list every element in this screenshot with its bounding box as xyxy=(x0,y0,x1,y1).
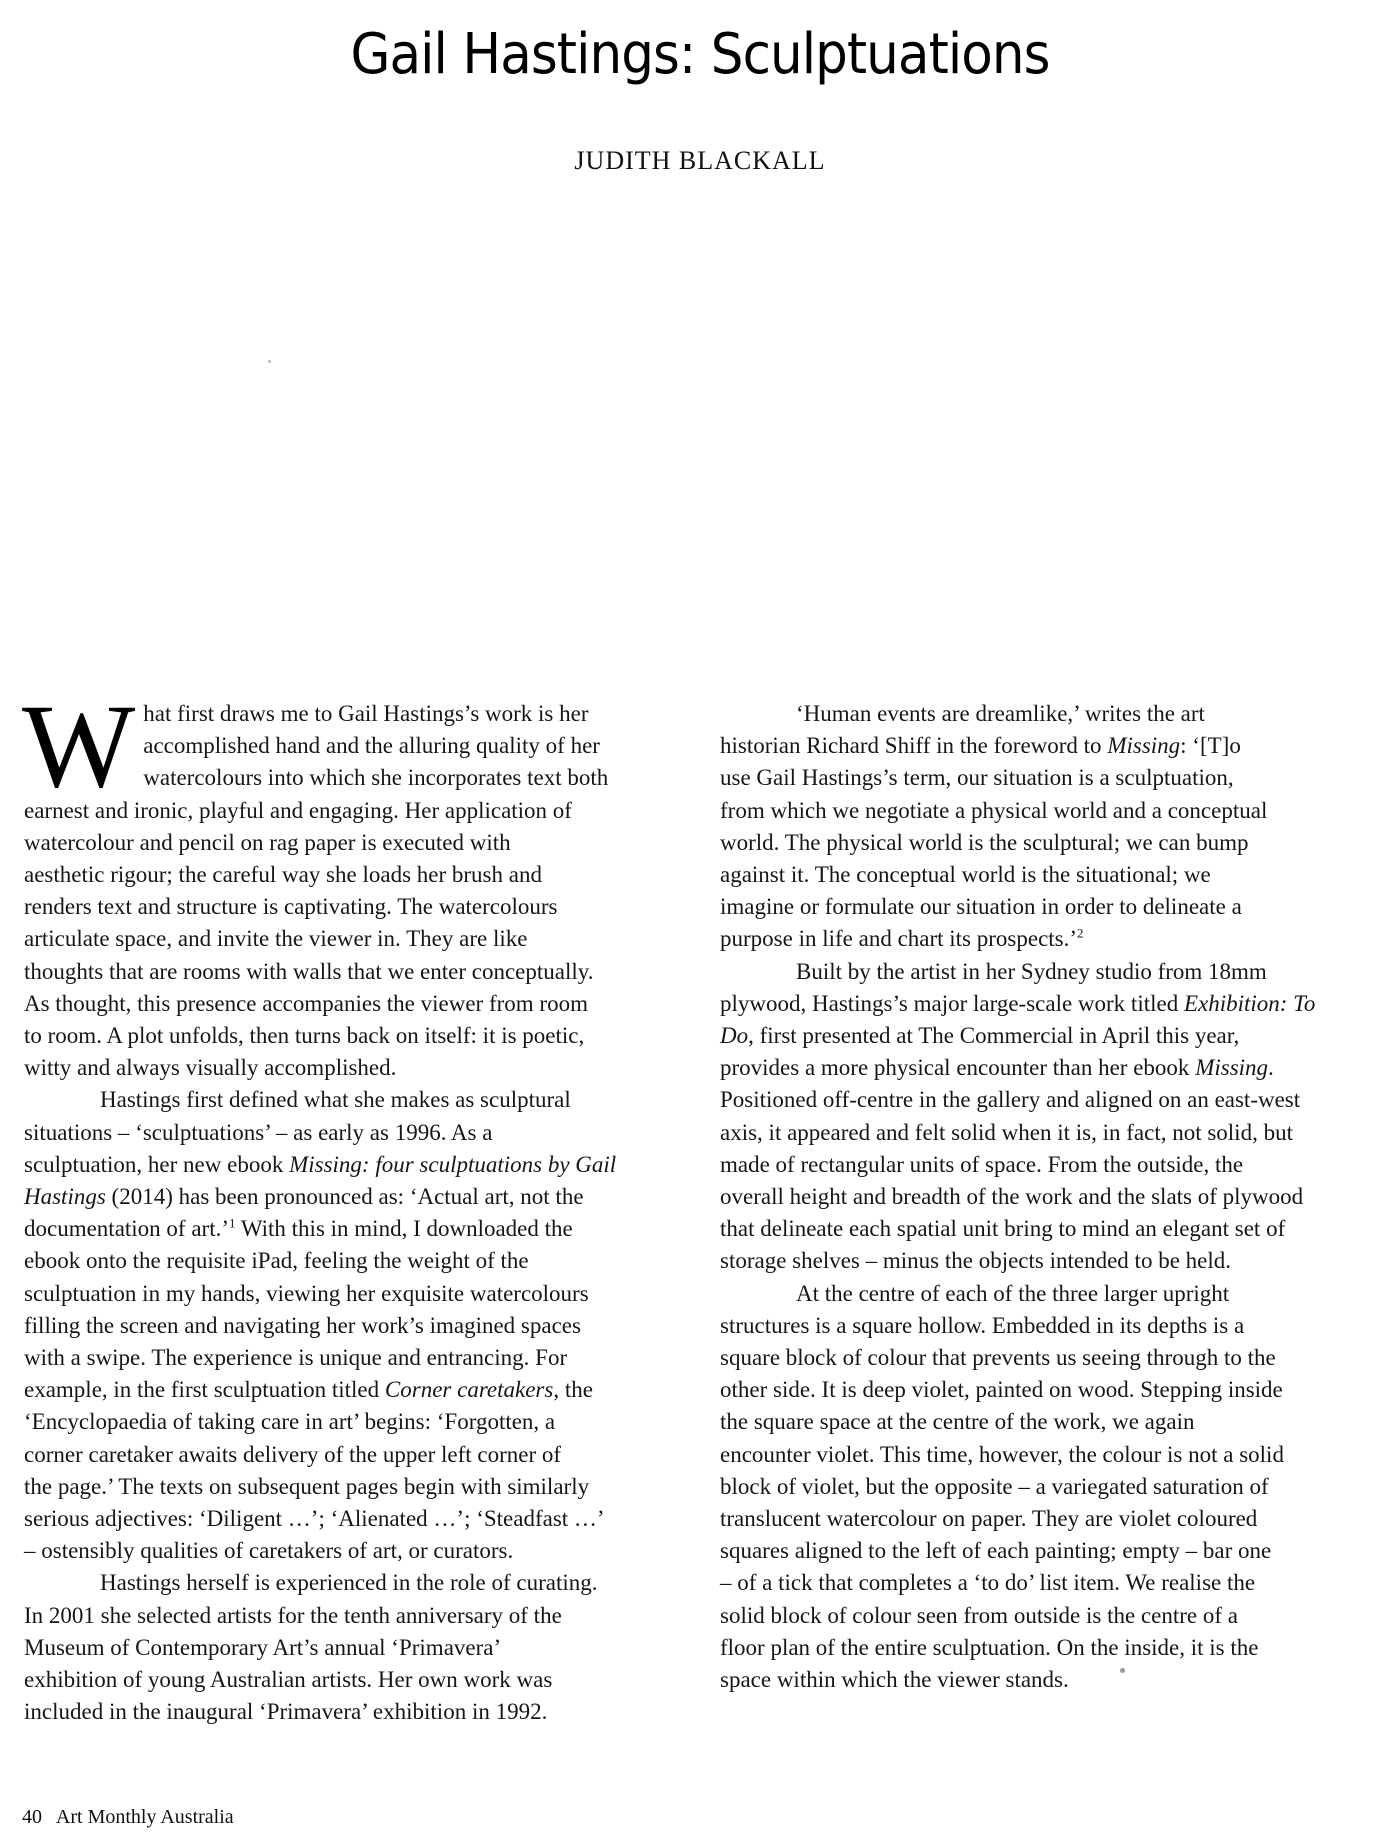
article-column-right: ‘Human events are dreamlike,’ writes the… xyxy=(720,698,1385,1696)
text-line: documentation of art.’1 With this in min… xyxy=(24,1213,684,1245)
text-line: made of rectangular units of space. From… xyxy=(720,1149,1385,1181)
book-title: Missing xyxy=(1107,733,1180,758)
text-line: serious adjectives: ‘Diligent …’; ‘Alien… xyxy=(24,1503,684,1535)
text-run: plywood, Hastings’s major large-scale wo… xyxy=(720,991,1184,1016)
book-title: Missing: four sculptuations by Gail xyxy=(289,1152,616,1177)
paragraph-curating: Hastings herself is experienced in the r… xyxy=(24,1567,684,1728)
text-line: situations – ‘sculptuations’ – as early … xyxy=(24,1117,684,1149)
text-line: – ostensibly qualities of caretakers of … xyxy=(24,1535,684,1567)
text-run: sculptuation, her new ebook xyxy=(24,1152,289,1177)
text-line: other side. It is deep violet, painted o… xyxy=(720,1374,1385,1406)
publication-name: Art Monthly Australia xyxy=(56,1806,234,1828)
text-line: solid block of colour seen from outside … xyxy=(720,1600,1385,1632)
text-line: watercolour and pencil on rag paper is e… xyxy=(24,827,684,859)
text-line: aesthetic rigour; the careful way she lo… xyxy=(24,859,684,891)
text-line: Hastings (2014) has been pronounced as: … xyxy=(24,1181,684,1213)
paragraph-violet: At the centre of each of the three large… xyxy=(720,1278,1385,1697)
text-line: filling the screen and navigating her wo… xyxy=(24,1310,684,1342)
text-line: axis, it appeared and felt solid when it… xyxy=(720,1117,1385,1149)
work-title: Do xyxy=(720,1023,748,1048)
text-line: thoughts that are rooms with walls that … xyxy=(24,956,684,988)
text-line: use Gail Hastings’s term, our situation … xyxy=(720,762,1385,794)
drop-cap: W xyxy=(22,702,135,790)
text-line: to room. A plot unfolds, then turns back… xyxy=(24,1020,684,1052)
text-run: With this in mind, I downloaded the xyxy=(236,1216,573,1241)
text-line: witty and always visually accomplished. xyxy=(24,1052,684,1084)
author-byline: JUDITH BLACKALL xyxy=(0,146,1400,176)
text-line: with a swipe. The experience is unique a… xyxy=(24,1342,684,1374)
text-line: provides a more physical encounter than … xyxy=(720,1052,1385,1084)
text-line: plywood, Hastings’s major large-scale wo… xyxy=(720,988,1385,1020)
paragraph-intro: W hat first draws me to Gail Hastings’s … xyxy=(24,698,684,1084)
text-line: example, in the first sculptuation title… xyxy=(24,1374,684,1406)
text-run: example, in the first sculptuation title… xyxy=(24,1377,385,1402)
text-line: encounter violet. This time, however, th… xyxy=(720,1439,1385,1471)
text-line: – of a tick that completes a ‘to do’ lis… xyxy=(720,1567,1385,1599)
text-line: historian Richard Shiff in the foreword … xyxy=(720,730,1385,762)
text-line: against it. The conceptual world is the … xyxy=(720,859,1385,891)
text-line: translucent watercolour on paper. They a… xyxy=(720,1503,1385,1535)
text-run: , the xyxy=(553,1377,593,1402)
text-run: : ‘[T]o xyxy=(1180,733,1241,758)
text-line: included in the inaugural ‘Primavera’ ex… xyxy=(24,1696,684,1728)
text-run: historian Richard Shiff in the foreword … xyxy=(720,733,1107,758)
text-line: space within which the viewer stands. xyxy=(720,1664,1385,1696)
article-column-left: W hat first draws me to Gail Hastings’s … xyxy=(24,698,684,1729)
footnote-ref: 2 xyxy=(1077,926,1084,941)
text-line: ‘Encyclopaedia of taking care in art’ be… xyxy=(24,1406,684,1438)
text-line: Hastings herself is experienced in the r… xyxy=(24,1567,684,1599)
text-line: the square space at the centre of the wo… xyxy=(720,1406,1385,1438)
book-title: Missing xyxy=(1195,1055,1268,1080)
text-line: purpose in life and chart its prospects.… xyxy=(720,923,1385,955)
text-line: exhibition of young Australian artists. … xyxy=(24,1664,684,1696)
text-line: that delineate each spatial unit bring t… xyxy=(720,1213,1385,1245)
article-title: Gail Hastings: Sculptuations xyxy=(56,22,1344,87)
text-line: overall height and breadth of the work a… xyxy=(720,1181,1385,1213)
paragraph-exhibition: Built by the artist in her Sydney studio… xyxy=(720,956,1385,1278)
text-line: square block of colour that prevents us … xyxy=(720,1342,1385,1374)
work-title: Exhibition: To xyxy=(1184,991,1315,1016)
text-line: squares aligned to the left of each pain… xyxy=(720,1535,1385,1567)
text-line: As thought, this presence accompanies th… xyxy=(24,988,684,1020)
text-line: Built by the artist in her Sydney studio… xyxy=(720,956,1385,988)
scan-speck xyxy=(268,360,271,363)
text-line: the page.’ The texts on subsequent pages… xyxy=(24,1471,684,1503)
text-run: documentation of art.’ xyxy=(24,1216,229,1241)
text-run: provides a more physical encounter than … xyxy=(720,1055,1195,1080)
text-line: floor plan of the entire sculptuation. O… xyxy=(720,1632,1385,1664)
text-line: Do, first presented at The Commercial in… xyxy=(720,1020,1385,1052)
text-line: renders text and structure is captivatin… xyxy=(24,891,684,923)
text-line: Museum of Contemporary Art’s annual ‘Pri… xyxy=(24,1632,684,1664)
text-line: ebook onto the requisite iPad, feeling t… xyxy=(24,1245,684,1277)
text-line: structures is a square hollow. Embedded … xyxy=(720,1310,1385,1342)
text-line: Positioned off-centre in the gallery and… xyxy=(720,1084,1385,1116)
work-title: Corner caretakers xyxy=(385,1377,553,1402)
text-line: At the centre of each of the three large… xyxy=(720,1278,1385,1310)
text-line: earnest and ironic, playful and engaging… xyxy=(24,795,684,827)
text-run: purpose in life and chart its prospects.… xyxy=(720,926,1077,951)
text-line: block of violet, but the opposite – a va… xyxy=(720,1471,1385,1503)
text-line: imagine or formulate our situation in or… xyxy=(720,891,1385,923)
text-line: from which we negotiate a physical world… xyxy=(720,795,1385,827)
text-line: ‘Human events are dreamlike,’ writes the… xyxy=(720,698,1385,730)
page-number: 40 xyxy=(22,1806,42,1828)
text-line: sculptuation in my hands, viewing her ex… xyxy=(24,1278,684,1310)
text-line: sculptuation, her new ebook Missing: fou… xyxy=(24,1149,684,1181)
text-line: articulate space, and invite the viewer … xyxy=(24,923,684,955)
book-title: Hastings xyxy=(24,1184,106,1209)
text-line: storage shelves – minus the objects inte… xyxy=(720,1245,1385,1277)
page-footer: 40 Art Monthly Australia xyxy=(22,1806,234,1829)
text-run: , first presented at The Commercial in A… xyxy=(748,1023,1239,1048)
text-line: In 2001 she selected artists for the ten… xyxy=(24,1600,684,1632)
text-line: world. The physical world is the sculptu… xyxy=(720,827,1385,859)
text-run: (2014) has been pronounced as: ‘Actual a… xyxy=(106,1184,584,1209)
text-run: . xyxy=(1268,1055,1274,1080)
text-line: Hastings first defined what she makes as… xyxy=(24,1084,684,1116)
text-line: corner caretaker awaits delivery of the … xyxy=(24,1439,684,1471)
paragraph-shiff-quote: ‘Human events are dreamlike,’ writes the… xyxy=(720,698,1385,956)
paragraph-sculptuations: Hastings first defined what she makes as… xyxy=(24,1084,684,1567)
